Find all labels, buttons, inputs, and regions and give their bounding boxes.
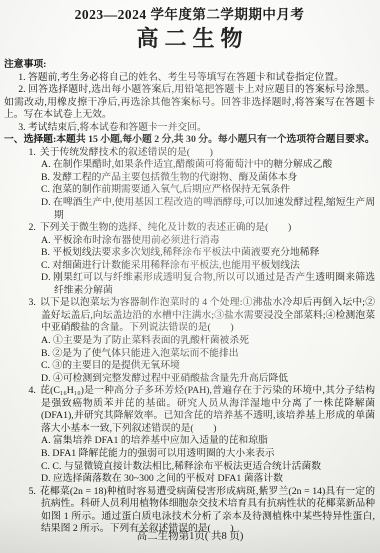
question-3-number: 3. (29, 297, 36, 308)
question-4-number: 4. (29, 385, 36, 396)
question-3: 3.以下是以泡菜坛为容器制作泡菜时的 4 个处理:①沸盐水冷却后再倒入坛中;②盖… (4, 297, 375, 385)
question-4: 4.芘(C₁₆H₁₀)是一种高分子多环芳烃(PAH),普遍存在于污染的环境中,其… (4, 385, 375, 485)
question-3-option-b: B. ②是为了使气体只能进入泡菜坛而不能排出 (4, 348, 375, 361)
question-2-option-a: A. 平板涂布时涂布器使用前必须进行消毒 (4, 235, 375, 248)
question-2-option-c: C. 对细菌进行计数能采用稀释涂布平板法,也能用平板划线法 (4, 260, 375, 273)
question-1: 1.关于传统发酵技术的叙述错误的是( ) A. 在制作果醋时,如果条件适宜,醋酸… (4, 147, 375, 222)
question-5-stem: 5.花椰菜(2n = 18)种植时容易遭受病菌侵害形成病斑,紫罗兰(2n = 1… (4, 486, 375, 536)
question-1-stem: 1.关于传统发酵技术的叙述错误的是( ) (4, 147, 375, 160)
page-footer: 高二生物第1页( 共8 页) (0, 531, 380, 544)
question-4-option-a: A. 富集培养 DFA1 的培养基中应加入适量的芘和琼脂 (4, 435, 375, 448)
section-one-header: 一、选择题:本题共 15 小题,每小题 2 分,共 30 分。每小题只有一个选项… (4, 134, 375, 147)
exam-page: 2023—2024 学年度第二学期期中月考 高二生物 注意事项: 1. 答题前,… (0, 0, 380, 553)
notice-item-3: 3. 考试结束后,将本试卷和答题卡一并交回。 (4, 122, 375, 135)
question-1-stem-text: 关于传统发酵技术的叙述错误的是( ) (40, 147, 213, 158)
question-1-option-d: D. 在啤酒生产中,使用基因工程改造的啤酒酵母,可以加速发酵过程,缩短生产周期 (4, 197, 375, 222)
question-2-option-d: D. 刚果红可以与纤维素形成透明复合物,所以可以通过是否产生透明圈来筛选纤维素分… (4, 272, 375, 297)
question-1-option-b: B. 发酵工程的产品主要包括微生物的代谢物、酶及菌体本身 (4, 172, 375, 185)
question-5-stem-text: 花椰菜(2n = 18)种植时容易遭受病菌侵害形成病斑,紫罗兰(2n = 14)… (40, 486, 375, 535)
question-3-stem-text: 以下是以泡菜坛为容器制作泡菜时的 4 个处理:①沸盐水冷却后再倒入坛中;②盖好坛… (40, 297, 375, 333)
question-4-option-b: B. DFA1 降解芘能力的强弱可以用透明圈的大小来表示 (4, 448, 375, 461)
question-2-number: 2. (29, 222, 36, 233)
question-2-stem-text: 下列关于微生物的选择、纯化及计数的表述正确的是( ) (40, 222, 291, 233)
subject-title: 高二生物 (4, 26, 375, 51)
question-1-option-a: A. 在制作果醋时,如果条件适宜,醋酸菌可将葡萄汁中的糖分解成乙酸 (4, 159, 375, 172)
notice-item-2: 2. 回答选择题时,选出每小题答案后,用铅笔把答题卡上对应题目的答案标号涂黑。如… (4, 84, 375, 122)
question-2: 2.下列关于微生物的选择、纯化及计数的表述正确的是( ) A. 平板涂布时涂布器… (4, 222, 375, 297)
question-4-option-c: C. C. 与显微镜直接计数法相比,稀释涂布平板法更适合统计活菌数 (4, 461, 375, 474)
question-2-stem: 2.下列关于微生物的选择、纯化及计数的表述正确的是( ) (4, 222, 375, 235)
notice-item-1: 1. 答题前,考生务必将自己的姓名、考生号等填写在答题卡和试卷指定位置。 (4, 72, 375, 85)
notice-heading: 注意事项: (4, 59, 375, 72)
question-3-option-a: A. ①主要是为了防止菜料表面的乳酸杆菌被杀死 (4, 335, 375, 348)
question-3-option-c: C. ③的主要目的是提供无氧环境 (4, 360, 375, 373)
question-5: 5.花椰菜(2n = 18)种植时容易遭受病菌侵害形成病斑,紫罗兰(2n = 1… (4, 486, 375, 536)
question-5-number: 5. (29, 486, 36, 497)
question-2-option-b: B. 平板划线法要求多次划线,稀释涂布平板法中菌液要充分地稀释 (4, 247, 375, 260)
question-4-option-d: D. 应选择菌落数在 30~300 之间的平板对 DFA1 菌落计数 (4, 473, 375, 486)
question-4-stem-text: 芘(C₁₆H₁₀)是一种高分子多环芳烃(PAH),普遍存在于污染的环境中,其分子… (40, 385, 375, 434)
question-3-stem: 3.以下是以泡菜坛为容器制作泡菜时的 4 个处理:①沸盐水冷却后再倒入坛中;②盖… (4, 297, 375, 335)
exam-session-title: 2023—2024 学年度第二学期期中月考 (4, 0, 375, 23)
question-1-option-c: C. 泡菜的制作前期需要通入氧气,后期应严格保持无氧条件 (4, 184, 375, 197)
question-4-stem: 4.芘(C₁₆H₁₀)是一种高分子多环芳烃(PAH),普遍存在于污染的环境中,其… (4, 385, 375, 435)
notice-section: 注意事项: 1. 答题前,考生务必将自己的姓名、考生号等填写在答题卡和试卷指定位… (4, 59, 375, 134)
question-1-number: 1. (29, 147, 36, 158)
question-3-option-d: D. ④可检测到完整发酵过程中亚硝酸盐含量先升高后降低 (4, 373, 375, 386)
